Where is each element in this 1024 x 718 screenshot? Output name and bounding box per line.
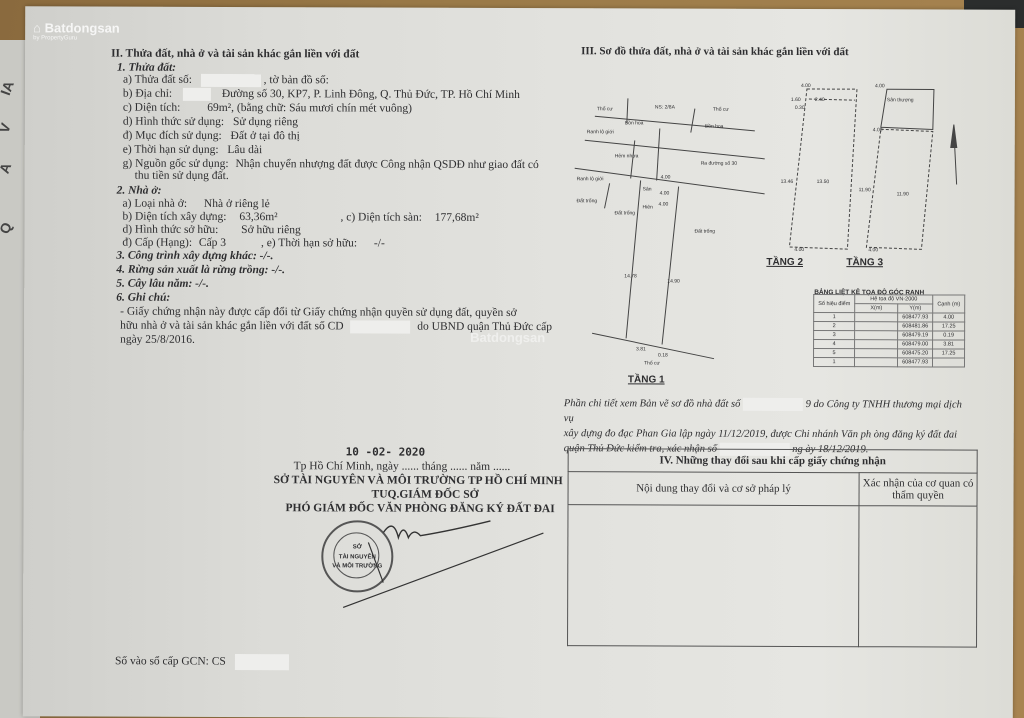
ownership-value: Sở hữu riêng [241,224,301,236]
floor-area-value: 177,68m² [435,212,479,224]
floor-3-label: TẦNG 3 [846,257,883,268]
section-ii-title: II. Thửa đất, nhà ở và tài sản khác gắn … [111,47,359,62]
usage-purpose-value: Đất ở tại đô thị [231,130,300,142]
watermark-sub: by PropertyGuru [33,35,120,41]
coord-x [855,358,898,367]
redacted-registry-number [235,654,289,670]
registry-row: Số vào sổ cấp GCN: CS [115,654,289,671]
origin-value: Nhận chuyển nhượng đất được Công nhận QS… [235,158,538,171]
diag-text: Sân [643,186,652,192]
redacted-drawing-number [743,398,803,411]
build-area-value: 63,36m² [239,211,277,223]
address-label: b) Địa chỉ: [123,88,172,100]
coord-y: 608481.86 [898,322,933,331]
coord-point: 4 [814,340,855,349]
redacted-cert-number [350,320,410,333]
diag-text: Hiên [643,204,653,210]
land-parcel-row: a) Thửa đất số: , tờ bản đồ số: [123,73,329,88]
dim: 14.78 [624,273,637,279]
usage-form-row: d) Hình thức sử dụng: Sử dụng riêng [123,115,298,130]
other-construction: 3. Công trình xây dựng khác: -/-. [116,249,273,264]
coord-x [855,349,898,358]
coord-edge: 0.19 [933,331,965,340]
coord-y: 608479.00 [898,340,933,349]
coord-x [855,340,898,349]
watermark-brand: Batdongsan [45,20,120,35]
usage-form-value: Sử dụng riêng [233,116,298,128]
grade-value: Cấp 3 [199,237,226,249]
dim: 0.30 [795,105,805,111]
ownership-term-value: -/- [374,237,385,249]
dim: 4.00 [659,201,669,207]
coord-header: Cạnh (m) [933,295,965,313]
dim: 4.00 [801,83,811,89]
coord-point: 1 [813,358,854,367]
notes-line-2: hữu nhà ở và tài sản khác gắn liền với đ… [120,319,552,335]
agency-name: SỞ TÀI NGUYÊN VÀ MÔI TRƯỜNG TP HỒ CHÍ MI… [274,473,563,488]
coord-point: 1 [814,313,855,322]
area-label: c) Diện tích: [123,102,181,114]
dim: 3.81 [636,346,646,352]
watermark: ⌂ Batdongsan by PropertyGuru [33,20,120,41]
build-area-label: b) Diện tích xây dựng: [122,211,226,223]
coord-header: X(m) [855,304,898,313]
ownership-term-label: , e) Thời hạn sở hữu: [261,237,357,249]
area-value: 69m², (bằng chữ: Sáu mươi chín mét vuông… [207,102,412,115]
notes-line-2b: do UBND quận Thủ Đức cấp [417,321,552,333]
dim: 0.18 [658,352,668,358]
dim: 4.00 [660,190,670,196]
coord-edge: 4.00 [933,313,965,322]
usage-term-row: e) Thời hạn sử dụng: Lâu dài [123,143,263,157]
floor-area-label: , c) Diện tích sàn: [340,211,421,223]
floor-2-label: TẦNG 2 [766,257,803,268]
coord-table: Số hiệu điểm Hệ tọa độ VN-2000 Cạnh (m) … [813,294,965,368]
diag-text: Ra đường số 30 [701,161,737,167]
dim: 4.00 [873,127,883,133]
coord-x [855,322,898,331]
coord-y: 608477.93 [898,313,933,322]
coord-row: 1608477.93 [813,358,964,368]
coord-point: 3 [814,331,855,340]
redacted-parcel [201,74,261,87]
dim: 2.40 [815,97,825,103]
watermark-logo-icon: ⌂ [33,20,41,35]
note-line-2: xây dựng đo đạc Phan Gia lập ngày 11/12/… [564,426,974,442]
diag-text: Ranh lộ giới [577,176,604,182]
diag-text: NS: 2/8A [655,104,675,110]
changes-confirm-cell [859,506,977,647]
usage-purpose-label: đ) Mục đích sử dụng: [123,130,222,142]
diag-text: Bồn hoa [625,120,644,126]
dim: 13.50 [817,179,830,185]
usage-term-value: Lâu dài [227,144,262,156]
signature-strokes [323,512,553,623]
coord-point: 2 [814,322,855,331]
coord-edge: 3.81 [933,340,965,349]
address-row: b) Địa chỉ: Đường số 30, KP7, P. Linh Đô… [123,87,520,102]
coord-y: 608479.19 [898,331,933,340]
registry-label: Số vào sổ cấp GCN: CS [115,655,226,667]
note-line-1: Phần chi tiết xem Bản vẽ sơ đồ nhà đất s… [564,396,974,427]
dim: 4.00 [661,174,671,180]
notes-line-1: - Giấy chứng nhận này được cấp đổi từ Gi… [120,305,517,320]
usage-purpose-row: đ) Mục đích sử dụng: Đất ở tại đô thị [123,129,300,144]
tuq-line: TUQ.GIÁM ĐỐC SỞ [372,487,479,501]
production-forest: 4. Rừng sản xuất là rừng trồng: -/-. [116,263,285,278]
dim: 4.00 [794,247,804,253]
diag-text: Thổ cư [597,106,613,112]
dim: 11.90 [897,191,909,197]
dim: 4.00 [868,247,878,253]
notes-line-2a: hữu nhà ở và tài sản khác gắn liền với đ… [120,320,343,333]
coord-header: Số hiệu điểm [814,295,855,313]
changes-content-cell [568,505,859,647]
diag-text: Ranh lộ giới [587,129,614,135]
diag-text: Thổ cư [713,107,729,113]
dim: 14.90 [667,279,680,285]
coord-y: 608477.93 [898,358,933,367]
changes-table: IV. Những thay đổi sau khi cấp giấy chứn… [567,448,978,647]
stamped-date: 10 -02- 2020 [346,445,426,459]
coord-edge: 17.25 [933,322,965,331]
dim: 13.46 [781,179,794,185]
floor-1-label: TẦNG 1 [628,374,665,385]
address-value: Đường số 30, KP7, P. Linh Đông, Q. Thủ Đ… [222,88,520,101]
note-line-1a: Phần chi tiết xem Bản vẽ sơ đồ nhà đất s… [564,398,741,410]
notes-line-3: ngày 25/8/2016. [120,333,195,347]
dim: 4.00 [875,83,885,89]
terrace-label: Sân thượng [887,97,914,103]
origin-value-cont: thu tiền sử dụng đất. [135,169,229,183]
changes-title: IV. Những thay đổi sau khi cấp giấy chứn… [568,449,977,473]
grade-label: đ) Cấp (Hạng): [122,237,192,249]
parcel-label: a) Thửa đất số: [123,74,192,86]
usage-form-label: d) Hình thức sử dụng: [123,116,224,128]
coord-header: Hệ tọa độ VN-2000 [855,295,933,304]
dim: 1.60 [791,97,801,103]
diag-text: Bồn hoa [705,124,724,130]
coord-x [855,313,898,322]
certificate-page: ⌂ Batdongsan by PropertyGuru Batdongsan … [23,6,1015,718]
diag-text: Thổ cư [644,360,660,366]
ownership-label: d) Hình thức sở hữu: [122,224,218,236]
diag-text: Đất trống [577,198,598,204]
diag-text: Đất trống [694,229,715,235]
changes-col-confirmation: Xác nhận của cơ quan có thẩm quyền [859,473,977,506]
coord-y: 608475.20 [898,349,933,358]
section-iii-title: III. Sơ đồ thửa đất, nhà ở và tài sản kh… [581,44,849,59]
notes-heading: 6. Ghi chú: [116,291,170,305]
dim: 11.90 [859,187,871,193]
diag-text: Hẻm nhựa [615,153,639,159]
redacted-house-number [183,88,211,101]
usage-term-label: e) Thời hạn sử dụng: [123,144,219,156]
coord-point: 5 [814,349,855,358]
house-type-label: a) Loại nhà ở: [123,198,188,210]
place-date: Tp Hồ Chí Minh, ngày ...... tháng ......… [294,459,511,474]
coord-edge [933,358,965,367]
coord-x [855,331,898,340]
coord-edge: 17.25 [933,349,965,358]
house-type-value: Nhà ở riêng lẻ [204,198,270,210]
diag-text: Đất trống [615,210,636,216]
coord-header: Y(m) [898,304,933,313]
perennial-trees: 5. Cây lâu năm: -/-. [116,277,209,291]
area-row: c) Diện tích: 69m², (bằng chữ: Sáu mươi … [123,101,412,116]
map-sheet-label: , tờ bản đồ số: [264,74,329,86]
changes-col-content: Nội dung thay đổi và cơ sở pháp lý [568,472,859,506]
